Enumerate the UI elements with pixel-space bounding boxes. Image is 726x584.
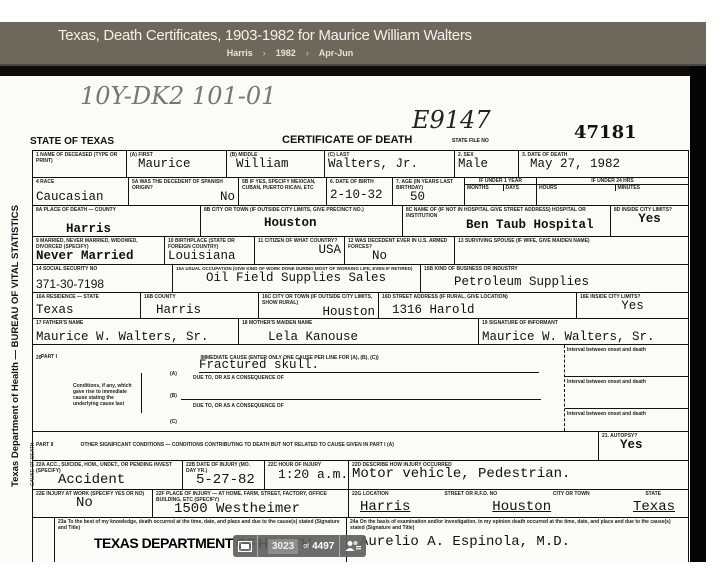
inside-city: Yes [614, 213, 685, 226]
people-icon [345, 540, 361, 552]
label: Interval between onset and death [565, 409, 688, 419]
hospital: Ben Taub Hospital [406, 219, 607, 232]
side-vertical-text: Texas Department of Health — BUREAU OF V… [6, 146, 30, 546]
label: 17 FATHER'S NAME [36, 320, 235, 326]
label: 14 SOCIAL SECURITY NO [36, 266, 169, 272]
file-number: 47181 [574, 122, 637, 143]
sex: Male [458, 158, 515, 171]
label: Interval between onset and death [565, 345, 688, 377]
occupation: Oil Field Supplies Sales [176, 272, 417, 285]
label: 16b COUNTY [144, 294, 255, 300]
label: 13 SURVIVING SPOUSE (If wife, give maide… [458, 238, 685, 244]
breadcrumb: Harris›1982›Apr-Jun [0, 48, 580, 58]
cause-a: Fractured skull. [199, 359, 539, 373]
label: CITY OR TOWN [553, 491, 590, 497]
of-label: of [303, 543, 309, 550]
father-name: Maurice W. Walters, Sr. [36, 331, 235, 344]
label: PART II [36, 442, 76, 448]
label: 16a RESIDENCE — STATE [36, 294, 137, 300]
label: 16d STREET ADDRESS (If rural, give locat… [382, 294, 573, 300]
state-label: STATE OF TEXAS [30, 136, 114, 147]
label: DUE TO, OR AS A CONSEQUENCE OF [193, 375, 284, 381]
label: 12 WAS DECEDENT EVER IN U.S. ARMED FORCE… [348, 238, 451, 250]
breadcrumb-separator: › [263, 48, 266, 58]
manner-of-death: Accident [36, 474, 179, 487]
label: 22g LOCATION [352, 491, 389, 497]
street-address: 1316 Harold [382, 304, 573, 317]
record-title: Texas, Death Certificates, 1903-1982 for… [58, 27, 472, 44]
label: 24a On the basis of examination and/or i… [350, 519, 685, 531]
label: PART I [41, 354, 57, 360]
injury-date: 5-27-82 [186, 474, 261, 487]
index-people-button[interactable] [340, 535, 366, 557]
breadcrumb-year[interactable]: 1982 [276, 48, 296, 58]
label: 18 MOTHER'S MAIDEN NAME [242, 320, 475, 326]
label: Days [504, 185, 519, 191]
conditions-note: Conditions, if any, which gave rise to i… [73, 383, 137, 407]
label: 5b IF YES, SPECIFY MEXICAN, CUBAN, PUERT… [242, 179, 323, 191]
label: IF UNDER 1 YEAR [465, 178, 536, 185]
last-name: Walters, Jr. [328, 158, 451, 171]
breadcrumb-county[interactable]: Harris [227, 48, 253, 58]
label: 19 SIGNATURE OF INFORMANT [482, 320, 685, 326]
injury-location-city: Houston [492, 501, 551, 514]
label: 8b CITY OR TOWN (If outside city limits,… [204, 207, 399, 213]
label: OTHER SIGNIFICANT CONDITIONS — CONDITION… [80, 442, 393, 448]
residence-city: Houston [262, 306, 375, 319]
handwritten-reference: 10Y-DK2 101-01 [80, 82, 276, 110]
label: Minutes [616, 185, 641, 191]
death-certificate-image: 10Y-DK2 101-01 E9147 STATE OF TEXAS CERT… [0, 76, 690, 562]
place-of-injury: 1500 Westheimer [156, 503, 345, 516]
autopsy: Yes [602, 439, 685, 452]
label: Months [465, 185, 504, 191]
label: 6. DATE OF BIRTH [330, 179, 389, 185]
breadcrumb-quarter[interactable]: Apr-Jun [319, 48, 354, 58]
birthplace: Louisiana [168, 250, 251, 263]
divider [141, 373, 142, 413]
age: 50 [396, 191, 461, 204]
label: IF UNDER 24 HRS [537, 178, 688, 185]
certificate-form: 1 NAME OF DECEASED (Type or print) (a) F… [32, 150, 689, 562]
filmstrip-button[interactable] [233, 535, 258, 557]
label: 23a To the best of my knowledge, death o… [58, 519, 343, 531]
label: 15b KIND OF BUSINESS OR INDUSTRY [424, 266, 685, 272]
label: DUE TO, OR AS A CONSEQUENCE OF [193, 403, 284, 409]
label: 1 NAME OF DECEASED (Type or print) [36, 152, 123, 164]
place-county: Harris [36, 223, 197, 236]
first-name: Maurice [130, 158, 223, 171]
middle-name: William [230, 158, 321, 171]
record-header: Texas, Death Certificates, 1903-1982 for… [0, 22, 706, 66]
label: STREET OR R.F.D. NO [444, 491, 497, 497]
race: Caucasian [36, 191, 125, 204]
label: (c) [170, 419, 177, 425]
total-pages: 4497 [312, 541, 334, 552]
handwritten-number: E9147 [412, 106, 491, 134]
certifier-24-signature: Aurelio A. Espinola, M.D. [350, 536, 685, 549]
injury-description: Motor vehicle, Pedestrian. [352, 468, 685, 481]
residence-inside-city: Yes [580, 300, 685, 313]
page-counter: 3023 of 4497 [258, 535, 340, 557]
place-city: Houston [204, 217, 399, 230]
current-page-input[interactable]: 3023 [268, 539, 298, 554]
scan-edge [690, 66, 706, 562]
breadcrumb-separator: › [306, 48, 309, 58]
label: (b) [170, 393, 177, 399]
injury-location-county: Harris [360, 501, 410, 514]
label: STATE [645, 491, 661, 497]
date-of-birth: 2-10-32 [330, 189, 389, 202]
cause-b-line [181, 399, 541, 400]
filmstrip-icon [238, 541, 252, 552]
date-of-death: May 27, 1982 [522, 158, 685, 171]
certificate-title: CERTIFICATE OF DEATH [282, 134, 412, 146]
citizenship: USA [258, 244, 341, 257]
image-viewer[interactable]: 10Y-DK2 101-01 E9147 STATE OF TEXAS CERT… [0, 66, 706, 562]
residence-county: Harris [144, 304, 255, 317]
label: 7. AGE (In years last birthday) [396, 179, 461, 191]
residence-state: Texas [36, 304, 137, 317]
image-navigation-toolbar: 3023 of 4497 [233, 535, 366, 557]
marital-status: Never Married [36, 250, 161, 263]
armed-forces: No [348, 250, 451, 263]
informant-signature: Maurice W. Walters, Sr. [482, 331, 685, 344]
label: 4 RACE [36, 179, 125, 185]
label: Hours [537, 185, 616, 191]
injury-at-work: No [36, 497, 149, 510]
label: 8a PLACE OF DEATH — COUNTY [36, 207, 197, 213]
label: (a) [170, 371, 177, 377]
business: Petroleum Supplies [424, 276, 685, 289]
ssn: 371-30-7198 [36, 278, 169, 291]
injury-hour: 1:20 a.m. [268, 468, 345, 481]
injury-location-state: Texas [633, 501, 675, 514]
mother-maiden-name: Lela Kanouse [242, 331, 475, 344]
spanish-origin: No [132, 191, 235, 204]
label: Interval between onset and death [565, 377, 688, 409]
state-file-label: STATE FILE NO [452, 138, 489, 144]
